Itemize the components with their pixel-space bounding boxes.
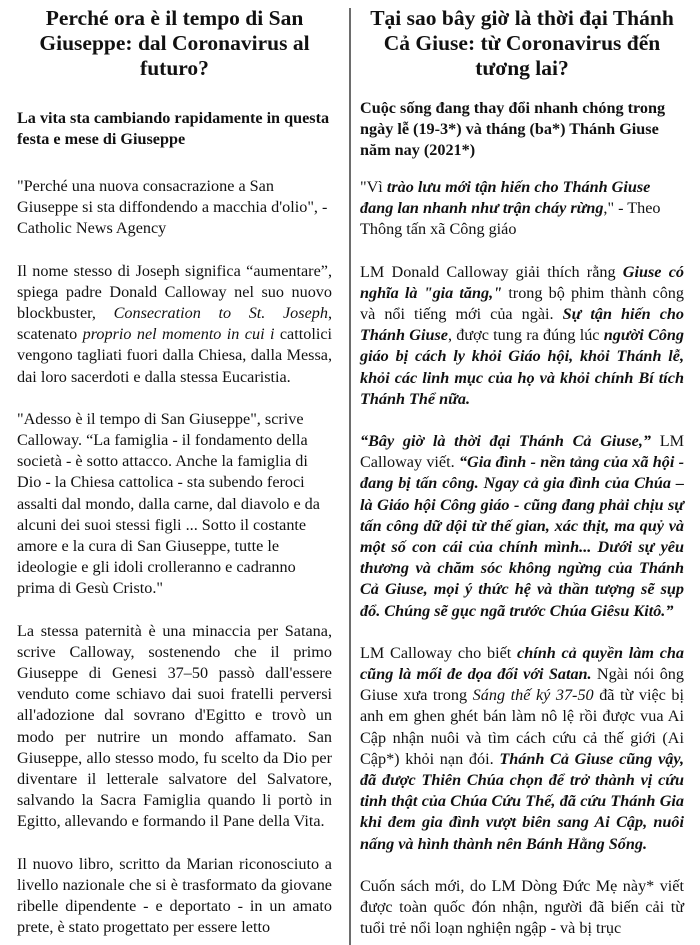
text-run: , được tung ra đúng lúc xyxy=(448,326,604,344)
italian-column: Perché ora è il tempo di San Giuseppe: d… xyxy=(17,0,332,939)
bilingual-document-page: Perché ora è il tempo di San Giuseppe: d… xyxy=(0,0,700,945)
vietnamese-paragraph-4: LM Calloway cho biết chính cả quyền làm … xyxy=(360,643,684,855)
vietnamese-subtitle: Cuộc sống đang thay đổi nhanh chóng tron… xyxy=(360,98,684,161)
vietnamese-title: Tại sao bây giờ là thời đại Thánh Cả Giu… xyxy=(360,6,684,81)
italian-paragraph-5: Il nuovo libro, scritto da Marian ricono… xyxy=(17,854,332,939)
italian-paragraph-3: "Adesso è il tempo di San Giuseppe", scr… xyxy=(17,409,332,600)
text-run: LM Calloway cho biết xyxy=(360,644,517,662)
quote-bold-italic: “Gia đình - nền tảng của xã hội - đang b… xyxy=(360,453,684,619)
vietnamese-column: Tại sao bây giờ là thời đại Thánh Cả Giu… xyxy=(360,0,684,940)
italian-paragraph-1: "Perché una nuova consacrazione a San Gi… xyxy=(17,176,332,240)
italian-title: Perché ora è il tempo di San Giuseppe: d… xyxy=(17,6,332,81)
vietnamese-paragraph-5: Cuốn sách mới, do LM Dòng Đức Mẹ này* vi… xyxy=(360,876,684,940)
vietnamese-paragraph-1: "Vì trào lưu mới tận hiến cho Thánh Gius… xyxy=(360,177,684,241)
emphasis-bold-italic: “Bây giờ là thời đại Thánh Cả Giuse,” xyxy=(360,432,651,450)
italian-subtitle: La vita sta cambiando rapidamente in que… xyxy=(17,108,332,150)
emphasis-italic: proprio nel momento in cui i xyxy=(83,325,275,343)
text-run: "Vì xyxy=(360,178,387,196)
vietnamese-paragraph-2: LM Donald Calloway giải thích rằng Giuse… xyxy=(360,262,684,410)
column-divider xyxy=(349,8,351,945)
italian-paragraph-2: Il nome stesso di Joseph significa “aume… xyxy=(17,261,332,388)
scripture-reference-italic: Sáng thế ký 37-50 xyxy=(473,686,594,704)
vietnamese-paragraph-3: “Bây giờ là thời đại Thánh Cả Giuse,” LM… xyxy=(360,431,684,622)
text-run: LM Donald Calloway giải thích rằng xyxy=(360,263,623,281)
book-title-italic: Consecration to St. Joseph xyxy=(114,304,328,322)
italian-paragraph-4: La stessa paternità è una minaccia per S… xyxy=(17,621,332,833)
